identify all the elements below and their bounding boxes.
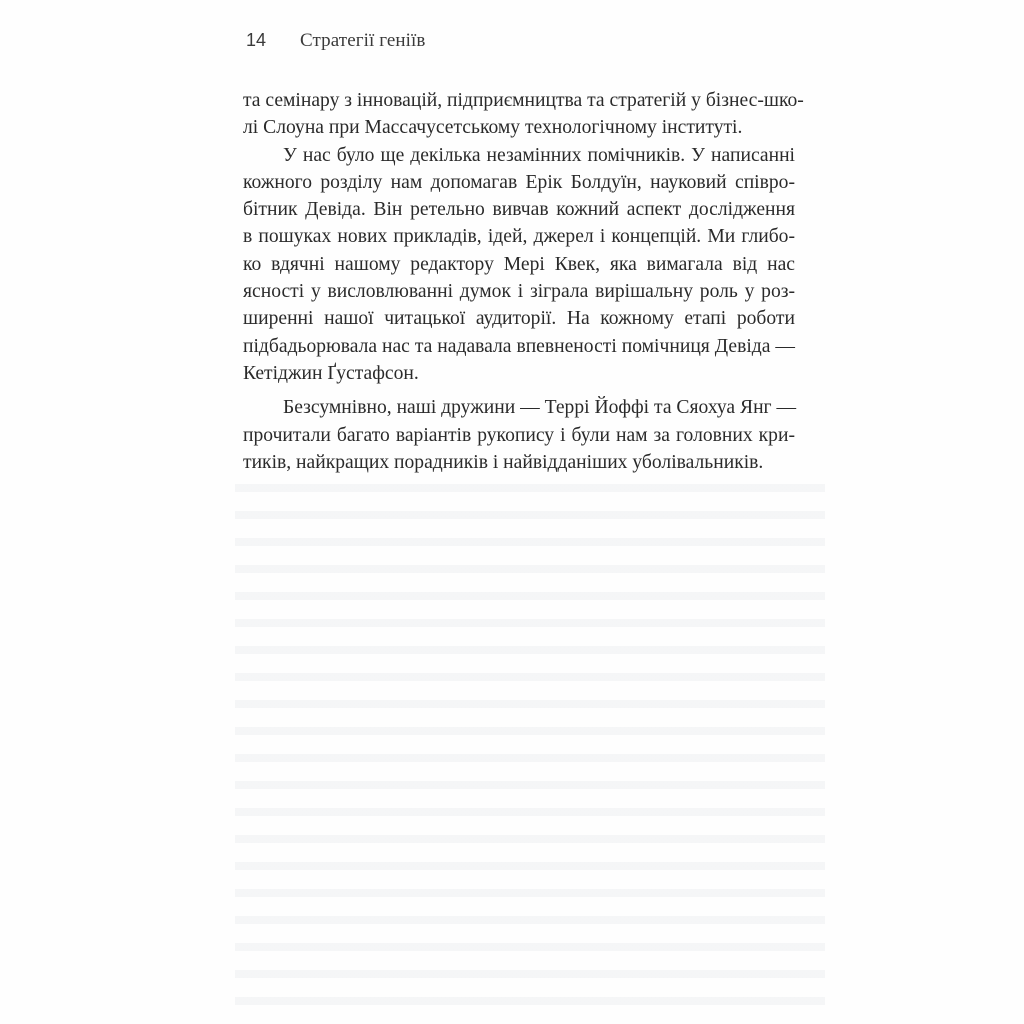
paragraph-2: У нас було ще декілька незамінних помічн… xyxy=(243,142,795,388)
text-line: тиків, найкращих порадників і найвіддані… xyxy=(243,449,795,476)
text-line: лі Слоуна при Массачусетському технологі… xyxy=(243,114,795,141)
text-line: ко вдячні нашому редактору Мері Квек, як… xyxy=(243,251,795,278)
text-line: Безсумнівно, наші дружини — Террі Йоффі … xyxy=(243,394,795,421)
text-line: в пошуках нових прикладів, ідей, джерел … xyxy=(243,223,795,250)
text-line: У нас було ще декілька незамінних помічн… xyxy=(243,142,795,169)
text-line: бітник Девіда. Він ретельно вивчав кожни… xyxy=(243,196,795,223)
text-line: кожного розділу нам допомагав Ерік Болду… xyxy=(243,169,795,196)
text-line: Кетіджин Ґустафсон. xyxy=(243,360,795,387)
text-line: ширенні нашої читацької аудиторії. На ко… xyxy=(243,305,795,332)
chapter-title: Стратегії геніїв xyxy=(300,30,426,52)
text-line: та семінару з інновацій, підприємництва … xyxy=(243,87,795,114)
running-header: 14 Стратегії геніїв xyxy=(246,30,426,54)
text-line: ясності у висловлюванні думок і зіграла … xyxy=(243,278,795,305)
page-number: 14 xyxy=(246,30,300,51)
text-line: підбадьорювала нас та надавала впевненос… xyxy=(243,333,795,360)
bleed-through-texture xyxy=(235,470,825,1010)
book-page: 14 Стратегії геніїв та семінару з іннова… xyxy=(0,0,1024,1024)
text-line: прочитали багато варіантів рукопису і бу… xyxy=(243,422,795,449)
paragraph-spacer xyxy=(243,387,795,394)
paragraph-1: та семінару з інновацій, підприємництва … xyxy=(243,87,795,142)
body-text: та семінару з інновацій, підприємництва … xyxy=(243,87,795,476)
paragraph-3: Безсумнівно, наші дружини — Террі Йоффі … xyxy=(243,394,795,476)
